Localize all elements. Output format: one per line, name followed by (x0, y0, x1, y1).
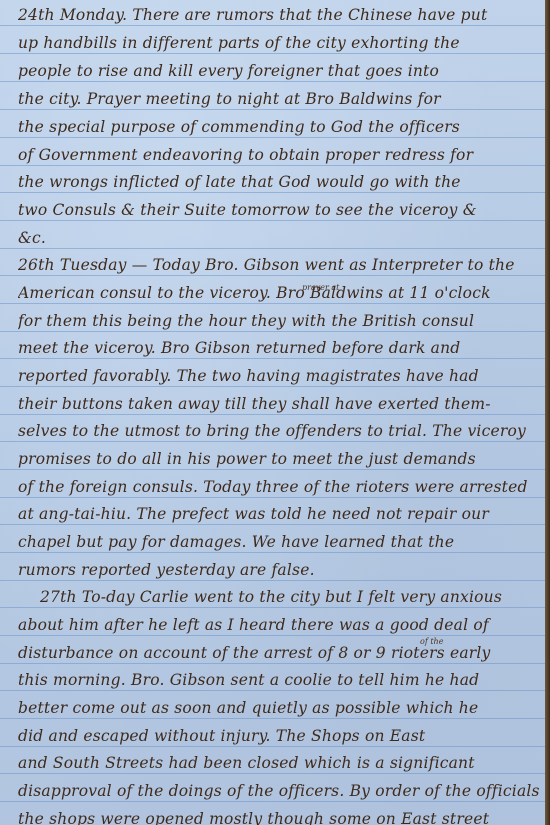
text-line: the special purpose of commending to God… (18, 114, 548, 141)
text-line: up handbills in different parts of the c… (18, 30, 548, 57)
text-line: &c. (18, 225, 548, 252)
text-line: chapel but pay for damages. We have lear… (18, 529, 548, 556)
text-line: meet the viceroy. Bro Gibson returned be… (18, 335, 548, 362)
text-line: about him after he left as I heard there… (18, 612, 548, 639)
text-line: reported favorably. The two having magis… (18, 363, 548, 390)
text-line: American consul to the viceroy. Bro Bald… (18, 280, 548, 307)
text-line: the wrongs inflicted of late that God wo… (18, 169, 548, 196)
page-binding-edge (545, 0, 550, 825)
text-line: this morning. Bro. Gibson sent a coolie … (18, 667, 548, 694)
text-line: disapproval of the doings of the officer… (18, 778, 548, 805)
text-line: selves to the utmost to bring the offend… (18, 418, 548, 445)
text-line: at ang-tai-hiu. The prefect was told he … (18, 501, 548, 528)
text-line: better come out as soon and quietly as p… (18, 695, 548, 722)
text-line: of the foreign consuls. Today three of t… (18, 474, 548, 501)
text-line: and South Streets had been closed which … (18, 750, 548, 777)
interlinear-note: prayer at (302, 283, 339, 292)
text-line: did and escaped without injury. The Shop… (18, 723, 548, 750)
text-line: disturbance on account of the arrest of … (18, 640, 548, 667)
text-line: promises to do all in his power to meet … (18, 446, 548, 473)
text-line: 26th Tuesday — Today Bro. Gibson went as… (18, 252, 548, 279)
interlinear-note: of the (420, 637, 443, 646)
text-line: the city. Prayer meeting to night at Bro… (18, 86, 548, 113)
text-line: rumors reported yesterday are false. (18, 557, 548, 584)
diary-page: 24th Monday. There are rumors that the C… (0, 0, 550, 825)
text-line: of Government endeavoring to obtain prop… (18, 142, 548, 169)
text-line: for them this being the hour they with t… (18, 308, 548, 335)
text-line: 24th Monday. There are rumors that the C… (18, 2, 548, 29)
text-line: people to rise and kill every foreigner … (18, 58, 548, 85)
text-line: two Consuls & their Suite tomorrow to se… (18, 197, 548, 224)
text-line: 27th To-day Carlie went to the city but … (40, 584, 550, 611)
text-line: the shops were opened mostly though some… (18, 806, 548, 825)
text-line: their buttons taken away till they shall… (18, 391, 548, 418)
